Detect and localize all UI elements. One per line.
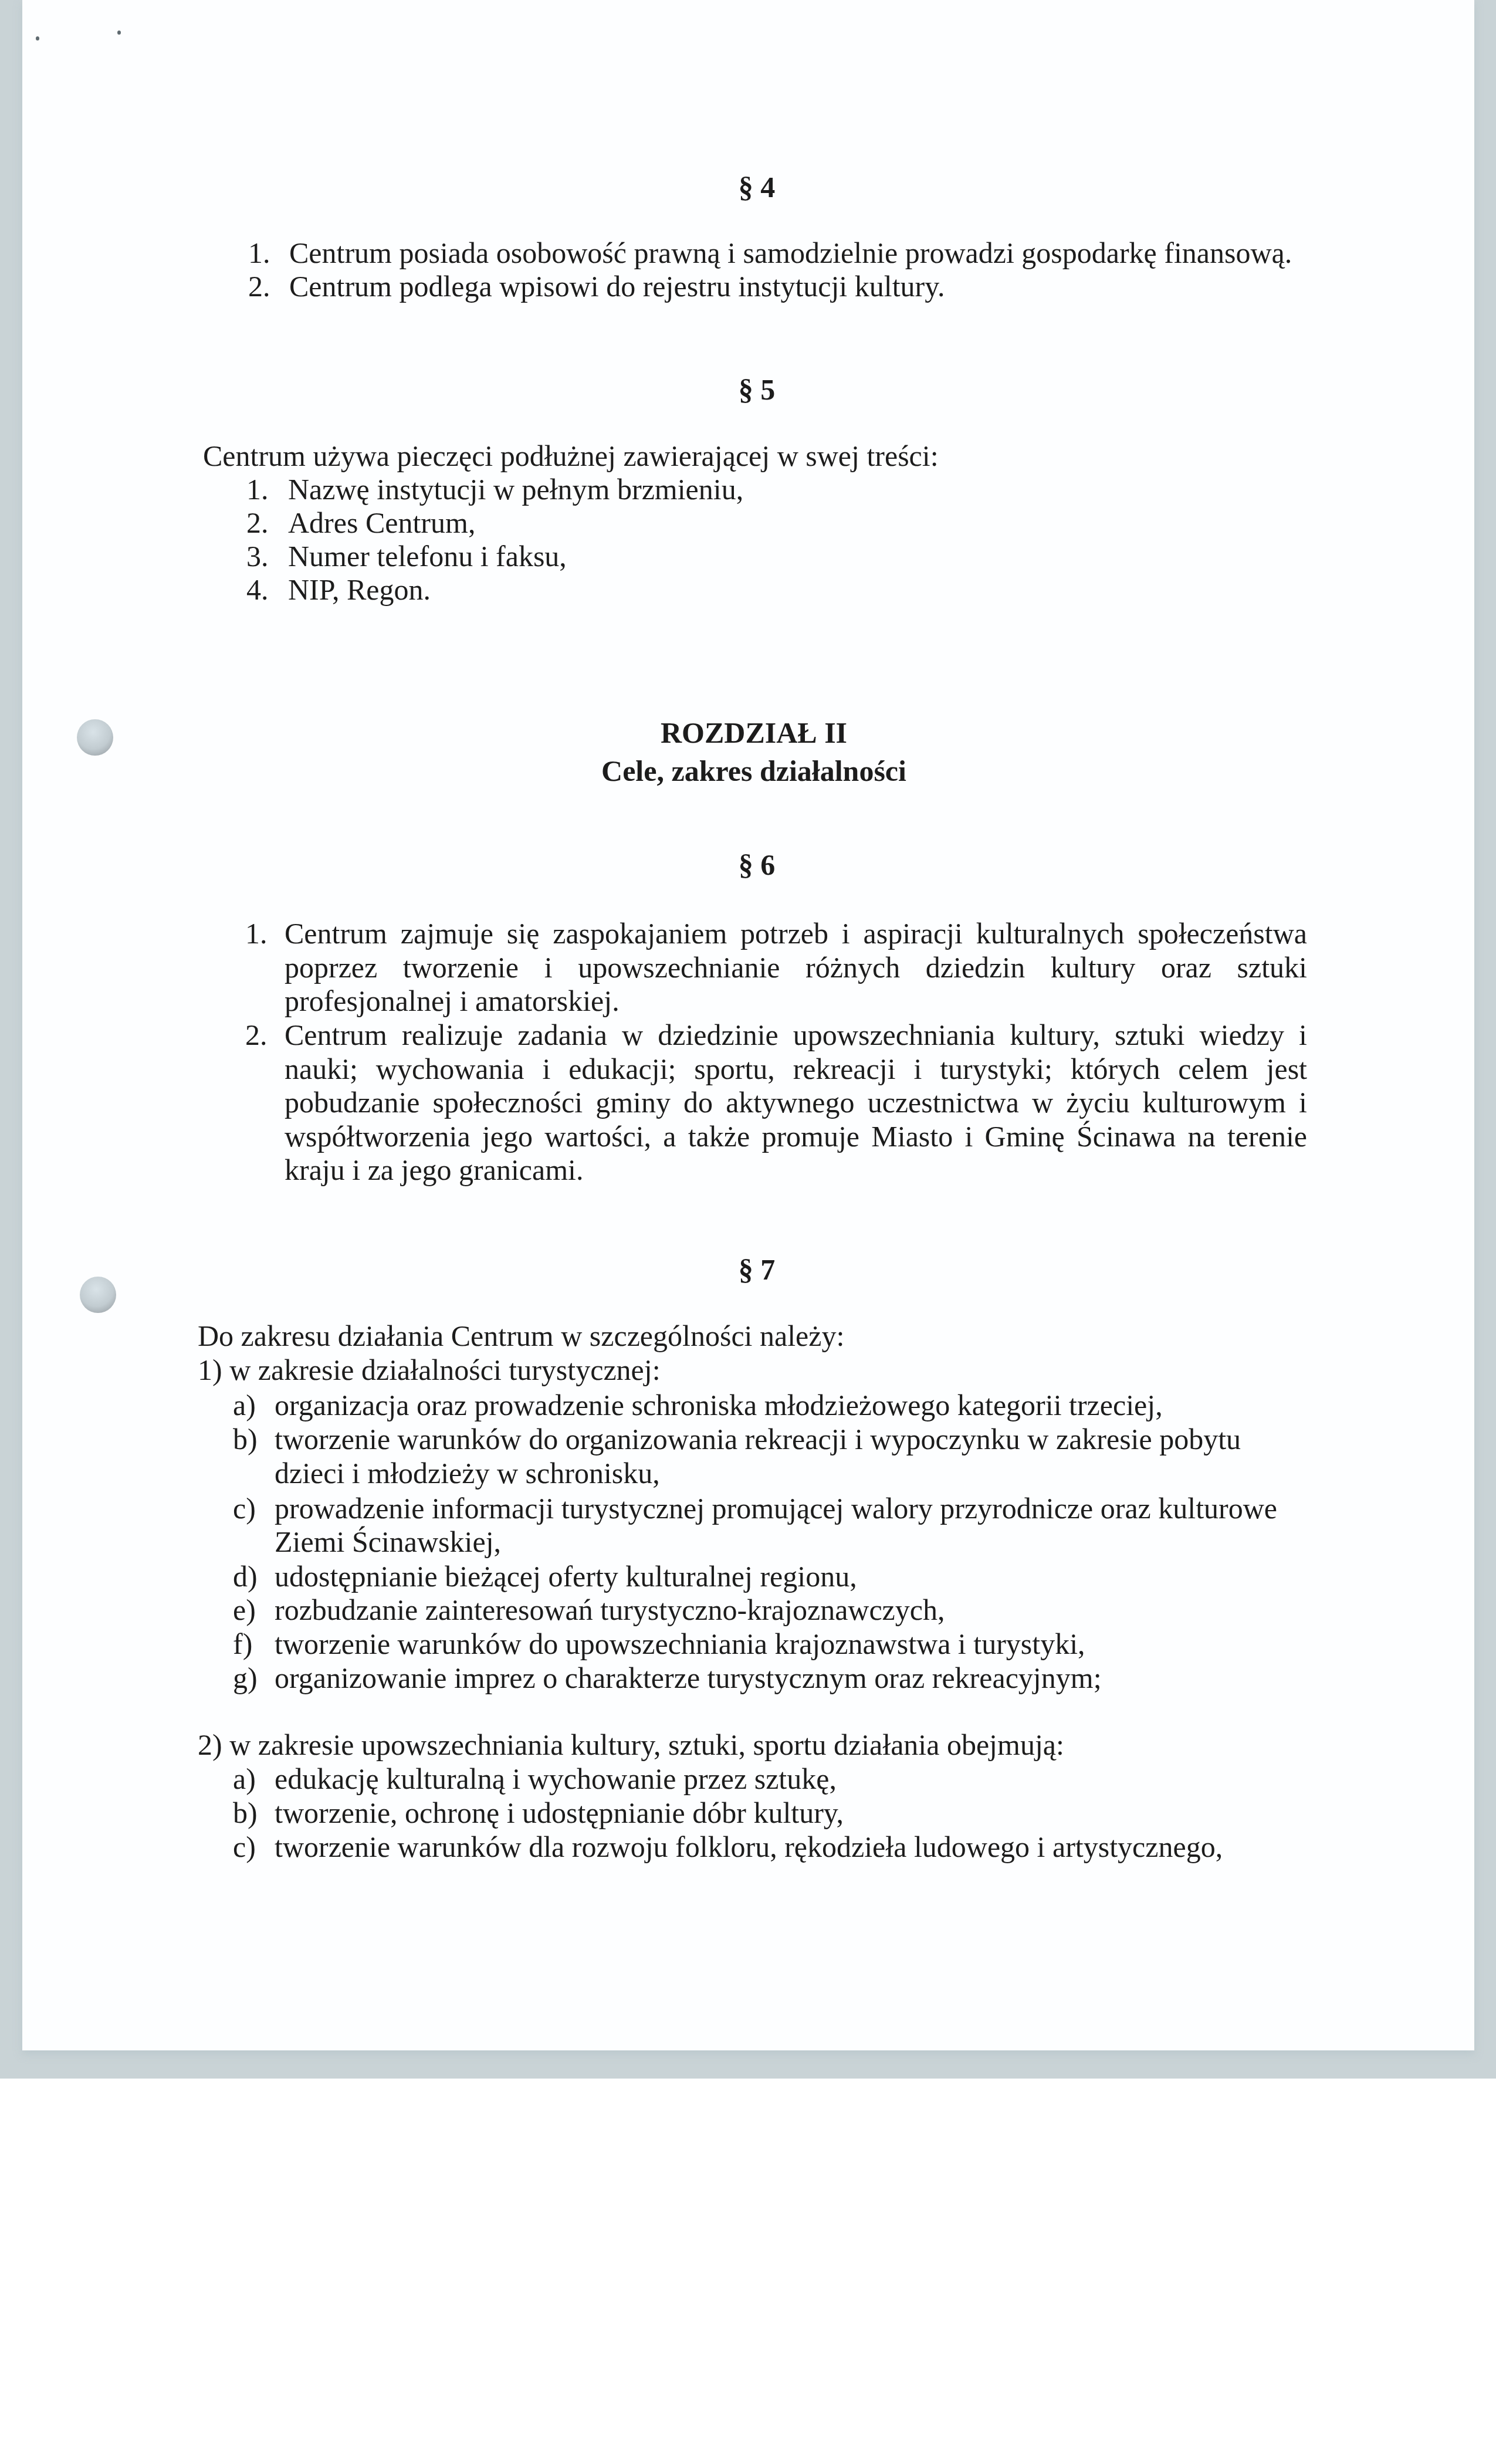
list-item: dzieci i młodzieży w schronisku, xyxy=(275,1458,660,1488)
list-letter: c) xyxy=(233,1494,256,1523)
list-letter: g) xyxy=(233,1663,258,1693)
chapter-subtitle: Cele, zakres działalności xyxy=(601,756,906,786)
list-number: 1. xyxy=(248,238,270,268)
dust-speck xyxy=(36,36,39,40)
list-letter: d) xyxy=(233,1562,258,1591)
list-item: udostępnianie bieżącej oferty kulturalne… xyxy=(275,1562,857,1591)
list-number: 4. xyxy=(246,575,269,604)
list-number: 2. xyxy=(248,272,270,301)
paragraph-line: pobudzanie społeczności gminy do aktywne… xyxy=(285,1088,1307,1117)
group-label: 1) w zakresie działalności turystycznej: xyxy=(198,1355,661,1385)
section-heading-6: § 6 xyxy=(739,850,776,879)
list-item: rozbudzanie zainteresowań turystyczno-kr… xyxy=(275,1595,945,1624)
paragraph-line: współtworzenia jego wartości, a także pr… xyxy=(285,1122,1307,1151)
list-letter: e) xyxy=(233,1595,256,1624)
paragraph-line: nauki; wychowania i edukacji; sportu, re… xyxy=(285,1054,1307,1084)
list-item: tworzenie warunków do upowszechniania kr… xyxy=(275,1629,1085,1659)
section-heading-4: § 4 xyxy=(739,172,776,202)
chapter-title: ROZDZIAŁ II xyxy=(661,718,847,747)
group-label: 2) w zakresie upowszechniania kultury, s… xyxy=(198,1730,1064,1759)
list-item: Adres Centrum, xyxy=(288,508,475,537)
list-letter: a) xyxy=(233,1764,256,1793)
paragraph-line: poprzez tworzenie i upowszechnianie różn… xyxy=(285,953,1307,982)
list-letter: a) xyxy=(233,1390,256,1420)
paragraph-line: kraju i za jego granicami. xyxy=(285,1155,584,1184)
paragraph-line: Centrum realizuje zadania w dziedzinie u… xyxy=(285,1020,1307,1050)
list-letter: b) xyxy=(233,1424,258,1454)
section-heading-5: § 5 xyxy=(739,375,776,404)
paragraph-line: Centrum zajmuje się zaspokajaniem potrze… xyxy=(285,919,1307,948)
list-item: Ziemi Ścinawskiej, xyxy=(275,1527,501,1556)
list-number: 2. xyxy=(246,508,269,537)
list-number: 1. xyxy=(246,475,269,504)
list-item: Centrum podlega wpisowi do rejestru inst… xyxy=(289,272,945,301)
list-item: organizacja oraz prowadzenie schroniska … xyxy=(275,1390,1163,1420)
list-letter: c) xyxy=(233,1832,256,1861)
section-intro: Centrum używa pieczęci podłużnej zawiera… xyxy=(203,441,939,471)
list-letter: f) xyxy=(233,1629,252,1659)
punch-hole xyxy=(80,1277,116,1313)
list-item: tworzenie warunków dla rozwoju folkloru,… xyxy=(275,1832,1223,1861)
list-item: tworzenie, ochronę i udostępnianie dóbr … xyxy=(275,1798,844,1827)
list-number: 1. xyxy=(245,919,268,948)
list-item: prowadzenie informacji turystycznej prom… xyxy=(275,1494,1277,1523)
section-intro: Do zakresu działania Centrum w szczególn… xyxy=(198,1321,844,1351)
list-item: tworzenie warunków do organizowania rekr… xyxy=(275,1424,1241,1454)
section-heading-7: § 7 xyxy=(739,1255,776,1284)
list-item: NIP, Regon. xyxy=(288,575,431,604)
punch-hole xyxy=(77,719,113,756)
list-letter: b) xyxy=(233,1798,258,1827)
paragraph-line: profesjonalnej i amatorskiej. xyxy=(285,986,620,1016)
list-item: Numer telefonu i faksu, xyxy=(288,541,567,571)
list-item: Nazwę instytucji w pełnym brzmieniu, xyxy=(288,475,743,504)
list-number: 2. xyxy=(245,1020,268,1050)
list-item: Centrum posiada osobowość prawną i samod… xyxy=(289,238,1292,268)
list-item: edukację kulturalną i wychowanie przez s… xyxy=(275,1764,837,1793)
dust-speck xyxy=(117,31,121,35)
list-item: organizowanie imprez o charakterze turys… xyxy=(275,1663,1102,1693)
list-number: 3. xyxy=(246,541,269,571)
